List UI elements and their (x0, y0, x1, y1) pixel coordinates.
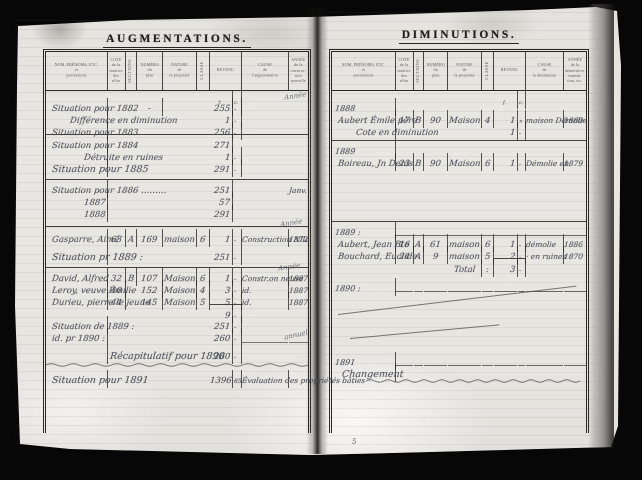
handwritten-text: Situation pour 1884 (45, 141, 138, 151)
column-header-nature: NATURE de la propriété (163, 52, 197, 90)
handwritten-text: David, Alfred (45, 274, 109, 284)
column-header-annee: ANNÉE de la construc- tion nouvelle (289, 52, 308, 90)
handwritten-text: 40 (111, 286, 123, 296)
handwritten-text: 145 (141, 298, 158, 308)
cell-classe: 6 (197, 229, 210, 247)
page-number: 5 (352, 438, 356, 446)
handwritten-text: 1 (509, 159, 517, 169)
handwritten-text: 1888 (332, 104, 356, 113)
table-right: NOM, PRÉNOMS, ETC. et professionsCOTE de… (329, 49, 589, 433)
cell-nature: Maison (163, 268, 197, 286)
handwritten-text: 1 (224, 153, 232, 163)
column-header-label: NUMÉRO du plan (140, 63, 158, 79)
column-header-rev: REVENU (210, 52, 242, 90)
handwritten-text: Janv. (289, 186, 308, 195)
cell-nature: Maison (448, 110, 482, 128)
table-left-header: NOM, PRÉNOMS, ETC. et professionsCOTE de… (46, 52, 308, 91)
handwritten-text: 251 (213, 186, 232, 196)
table-row: Situation pour 1882-255- (46, 98, 308, 110)
cell-name: David, Alfred (46, 268, 108, 286)
column-header-rev: REVENU (494, 52, 526, 90)
handwritten-text: 61 (430, 240, 442, 250)
table-row: f.c. (46, 91, 308, 98)
handwritten-text: 1 (509, 116, 517, 126)
handwritten-text: 44 (111, 298, 123, 308)
handwritten-text: - (233, 237, 237, 244)
handwritten-text: 1887 (45, 198, 106, 208)
table-row: Boireau, Jn Denis23B90Maison61-Démolie e… (332, 153, 586, 165)
column-header-label: NOM, PRÉNOMS, ETC. et professions (341, 63, 386, 79)
table-right-rows: f.c.1888Aubert Émile père17B90Maison41»m… (332, 91, 586, 433)
handwritten-text: Cote en diminution (331, 128, 439, 138)
handwritten-text: B (127, 274, 134, 284)
handwritten-text: Maison (163, 298, 196, 308)
column-header-num: NUMÉRO du plan (424, 52, 448, 90)
cell-cote: 63 (108, 229, 126, 247)
handwritten-text: 1870 (564, 252, 584, 261)
handwritten-text: id. (242, 298, 253, 307)
handwritten-text: 1886 (564, 240, 584, 249)
handwritten-text: 260 (213, 334, 232, 344)
table-left: NOM, PRÉNOMS, ETC. et professionsCOTE de… (43, 49, 311, 433)
year-label-row: 1889 (332, 141, 586, 153)
year-label-row: 1891 (332, 352, 586, 364)
spacer-row (332, 165, 586, 221)
column-header-name: NOM, PRÉNOMS, ETC. et professions (332, 52, 396, 90)
wavy-line-row (46, 360, 308, 370)
cell-sect: A (126, 229, 137, 247)
scanned-register-screenshot: { "pages": { "left": { "title": "AUGMENT… (0, 0, 642, 480)
handwritten-text: A (127, 235, 134, 245)
cell-rev: 1396 (210, 370, 233, 388)
column-header-label: CAUSE de la diminution (531, 63, 558, 79)
wavy-line (46, 362, 308, 368)
cell-name: Situation pour 1882 (46, 98, 108, 116)
cell-nature: Maison (448, 153, 482, 171)
handwritten-text: 255 (213, 104, 232, 114)
handwritten-text: Leroy, veuve Émilie (45, 286, 136, 296)
handwritten-text: 5 (484, 252, 490, 262)
column-header-label: CAUSE de l'augmentation (248, 63, 281, 79)
cell-cents: - (233, 229, 242, 247)
handwritten-text: 1 (509, 240, 517, 250)
cell-num: 169 (137, 229, 163, 247)
handwritten-text: Maison (163, 286, 196, 296)
handwritten-text: 23 (399, 159, 411, 169)
handwritten-text: 1890 : (332, 284, 362, 293)
column-header-label: SECTIONS (416, 59, 422, 83)
handwritten-text: 1891 (332, 358, 356, 367)
handwritten-text: 1887 (289, 286, 309, 295)
handwritten-text: 6 (484, 159, 490, 169)
table-row: Aubert, Jean Bte16A61maison61-démolie188… (332, 234, 586, 246)
handwritten-text: Situation de 1889 : (45, 322, 134, 332)
handwritten-text: Situation pr 1889 : (45, 252, 143, 263)
column-header-num: NUMÉRO du plan (137, 52, 163, 90)
handwritten-text: 169 (141, 235, 158, 245)
handwritten-text: 24 (399, 252, 411, 262)
table-right-header: NOM, PRÉNOMS, ETC. et professionsCOTE de… (332, 52, 586, 91)
table-filler (46, 384, 308, 433)
column-header-label: NUMÉRO du plan (426, 63, 444, 79)
handwritten-text: 1888 (45, 210, 106, 220)
handwritten-text: Total (453, 265, 475, 275)
cell-name: Situation pr 1889 : (46, 247, 108, 265)
handwritten-text: id. pr 1890 : (45, 334, 105, 344)
page-stack-edge (588, 4, 614, 448)
handwritten-text: 251 (213, 322, 232, 332)
cell-rev: 251 (210, 247, 233, 265)
column-header-label: NATURE de la propriété (168, 63, 192, 79)
column-header-annee: ANNÉE de la démolition, transla- tion, e… (564, 52, 586, 90)
handwritten-text: 57 (219, 198, 233, 208)
handwritten-text: 4 (484, 116, 490, 126)
table-row: Récapitulatif pour 1890260- (46, 346, 308, 360)
table-row: Situation de 1889 :251- (46, 316, 308, 328)
cell-name: Situation pour 1886 ……… (46, 180, 108, 198)
handwritten-text: Maison (163, 274, 196, 284)
handwritten-text: 63 (111, 235, 123, 245)
handwritten-text: 1889 (332, 147, 356, 156)
handwritten-text: Situation pour 1882 (45, 104, 138, 114)
handwritten-text: 17 (399, 116, 411, 126)
handwritten-text: » (518, 118, 523, 125)
table-row: Situation pr 1889 :251- (46, 247, 308, 261)
handwritten-text: 6 (200, 235, 206, 245)
cell-name: Gasparre, Aimé (46, 229, 108, 247)
handwritten-text: 1887 (289, 298, 309, 307)
title-diminutions-text: DIMINUTIONS. (399, 29, 520, 44)
column-header-sect: SECTIONS (414, 52, 424, 90)
cell-nature: maison (163, 229, 197, 247)
handwritten-text: Maison (448, 159, 481, 169)
column-header-label: COTE de la matrice des rôles (398, 58, 411, 84)
column-header-label: REVENU (214, 68, 236, 73)
wavy-line-row (332, 376, 586, 386)
handwritten-text: 260 (213, 352, 232, 362)
wavy-line (366, 378, 580, 384)
handwritten-text: f. (503, 100, 508, 106)
handwritten-text: · en ruines (526, 252, 567, 261)
column-header-classe: CLASSE (197, 52, 210, 90)
handwritten-text: 271 (213, 141, 232, 151)
year-label-row: 1889 : (332, 222, 586, 234)
handwritten-text: 1 (224, 235, 232, 245)
handwritten-text: Situation pour 1883 (45, 128, 138, 138)
handwritten-text: 107 (141, 274, 158, 284)
handwritten-text: 251 (213, 253, 232, 263)
year-label-row: Changement (332, 364, 586, 376)
column-header-label: NATURE de la propriété (453, 63, 477, 79)
column-header-label: REVENU (498, 68, 520, 73)
column-header-cause: CAUSE de l'augmentation (242, 52, 289, 90)
handwritten-text: 16 (399, 240, 411, 250)
column-header-name: NOM, PRÉNOMS, ETC. et professions (46, 52, 108, 90)
year-label-row: 1888 (332, 98, 586, 110)
column-header-label: ANNÉE de la démolition, transla- tion, e… (565, 58, 585, 84)
handwritten-text: c. (518, 100, 523, 106)
handwritten-text: Situation pour 1891 (45, 375, 149, 386)
column-header-sect: SECTIONS (126, 52, 137, 90)
handwritten-text: Maison (448, 116, 481, 126)
handwritten-text: 90 (430, 159, 442, 169)
handwritten-text: maison (164, 235, 196, 245)
column-header-label: SECTIONS (128, 59, 134, 83)
handwritten-text: 3 (224, 286, 232, 296)
handwritten-text: Différence en diminution (45, 116, 178, 126)
column-header-label: ANNÉE de la construc- tion nouvelle (290, 58, 306, 84)
column-header-classe: CLASSE (482, 52, 494, 90)
cell-rev: 1 (210, 229, 233, 247)
handwritten-text: Détruite en ruines (45, 153, 163, 163)
handwritten-text: 1 (224, 116, 232, 126)
handwritten-text: 9 (224, 311, 232, 321)
handwritten-text: 9 (432, 252, 438, 262)
cell-name: Situation pour 1891 (46, 370, 108, 388)
table-row: Gasparre, Aimé63A169maison61-Constructio… (46, 227, 308, 247)
handwritten-text: 1872 (289, 235, 309, 244)
handwritten-text: 1 (224, 274, 232, 284)
table-row: David, Alfred32B107Maison61-Constr.on ne… (46, 268, 308, 280)
table-row: Situation pour 1886 ………251Janv. (46, 180, 308, 192)
handwritten-text: 90 (430, 116, 442, 126)
column-header-label: NOM, PRÉNOMS, ETC. et professions (55, 63, 99, 79)
handwritten-text: Durieu, pierre le jeune (45, 298, 150, 308)
table-filler (332, 386, 586, 433)
column-header-nature: NATURE de la propriété (448, 52, 482, 90)
cell-rev: 251 (210, 180, 233, 198)
cell-cause: Construction Nlle (242, 229, 289, 247)
table-left-rows: f.c.Situation pour 1882-255-Différence e… (46, 91, 308, 433)
handwritten-text: 5 (224, 298, 232, 308)
column-header-label: CLASSE (200, 62, 206, 80)
handwritten-text: Gasparre, Aimé (45, 235, 119, 245)
title-diminutions: DIMINUTIONS. (332, 25, 586, 44)
handwritten-text: 291 (213, 210, 232, 220)
handwritten-text: Récapitulatif pour 1890 (45, 351, 225, 362)
handwritten-text: maison (449, 252, 481, 262)
handwritten-text: 1889 : (332, 228, 362, 237)
column-header-cote: COTE de la matrice des rôles (108, 52, 126, 90)
handwritten-text: maison (449, 240, 481, 250)
title-augmentations-text: AUGMENTATIONS. (103, 33, 251, 48)
handwritten-text: 256 (213, 128, 232, 138)
title-augmentations: AUGMENTATIONS. (46, 29, 308, 48)
handwritten-text: 6 (484, 240, 490, 250)
table-row: Aubert Émile père17B90Maison41»maison Dé… (332, 110, 586, 122)
handwritten-text: 1396 (209, 376, 234, 386)
column-header-label: COTE de la matrice des rôles (110, 58, 123, 84)
handwritten-text: 152 (141, 286, 158, 296)
handwritten-text: Situation pour 1886 ……… (45, 186, 167, 196)
handwritten-text: 3 (509, 265, 517, 275)
handwritten-text: Situation pour 1885 (45, 164, 149, 175)
handwritten-text: 1 (509, 128, 517, 138)
handwritten-text: id. (242, 286, 253, 295)
handwritten-text: 1887 (289, 274, 309, 283)
table-row: Situation pour 1891139665Évaluation des … (46, 370, 308, 384)
handwritten-text: 291 (213, 165, 232, 175)
handwritten-text: 1879 (564, 159, 584, 168)
column-header-cote: COTE de la matrice des rôles (396, 52, 414, 90)
cell-nature: maison (448, 234, 482, 252)
handwritten-text: 1880 (564, 116, 584, 125)
cell-annee: 1872 (289, 229, 308, 247)
handwritten-text: 2 (509, 252, 517, 262)
cell-name: Situation de 1889 : (46, 316, 108, 334)
table-row: f.c. (332, 91, 586, 98)
handwritten-text: 32 (111, 274, 123, 284)
handwritten-text: démolie (526, 240, 557, 249)
column-header-label: CLASSE (485, 62, 491, 80)
column-header-cause: CAUSE de la diminution (526, 52, 564, 90)
